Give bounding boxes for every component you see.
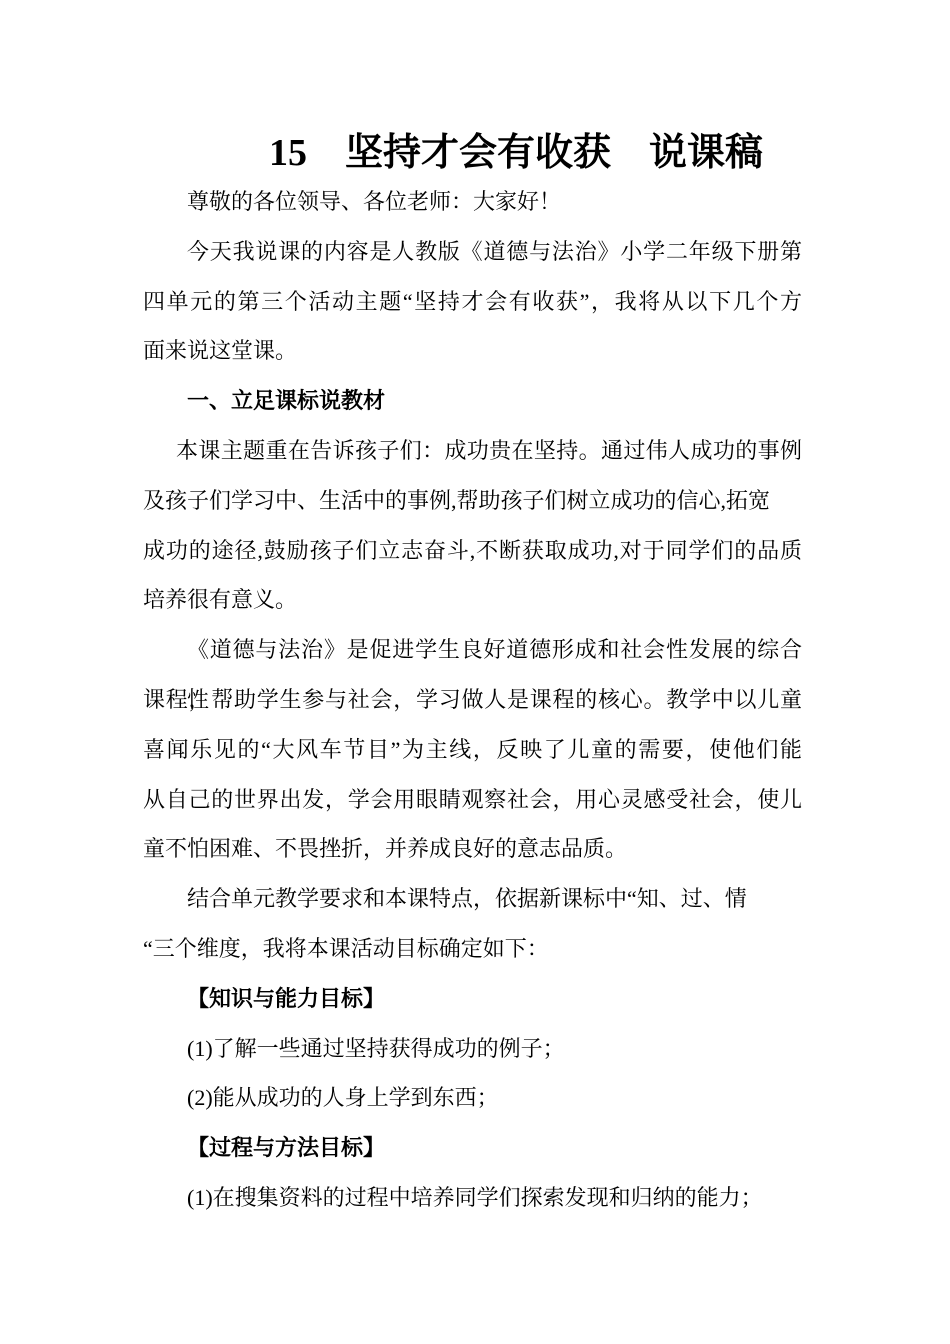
text-line: 培养很有意义。 [143, 575, 802, 625]
text-line: 四单元的第三个活动主题“坚持才会有收获”，我将从以下几个方 [143, 277, 802, 327]
text-line: 《道德与法治》是促进学生良好道德形成和社会性发展的综合性 [143, 625, 802, 675]
text-line: 成功的途径,鼓励孩子们立志奋斗,不断获取成功,对于同学们的品质 [143, 526, 802, 576]
document-page: 15 坚持才会有收获 说课稿 尊敬的各位领导、各位老师：大家好！ 今天我说课的内… [0, 0, 950, 1344]
text-line: 结合单元教学要求和本课特点，依据新课标中“知、过、情 [143, 874, 802, 924]
greeting-line: 尊敬的各位领导、各位老师：大家好！ [143, 177, 802, 227]
list-item: (1)在搜集资料的过程中培养同学们探索发现和归纳的能力； [143, 1173, 802, 1223]
document-content: 15 坚持才会有收获 说课稿 尊敬的各位领导、各位老师：大家好！ 今天我说课的内… [143, 130, 802, 1223]
text-line: 从自己的世界出发，学会用眼睛观察社会，用心灵感受社会，使儿 [143, 775, 802, 825]
document-title: 15 坚持才会有收获 说课稿 [143, 130, 802, 177]
text-line: 童不怕困难、不畏挫折，并养成良好的意志品质。 [143, 824, 802, 874]
text-line: 本课主题重在告诉孩子们：成功贵在坚持。通过伟人成功的事例 [143, 426, 802, 476]
text-line: 今天我说课的内容是人教版《道德与法治》小学二年级下册第 [143, 227, 802, 277]
subsection-heading: 【过程与方法目标】 [143, 1123, 802, 1173]
text-line: 喜闻乐见的“大风车节目”为主线，反映了儿童的需要，使他们能 [143, 725, 802, 775]
subsection-heading: 【知识与能力目标】 [143, 974, 802, 1024]
text-line: 课程，帮助学生参与社会，学习做人是课程的核心。教学中以儿童 [143, 675, 802, 725]
list-item: (2)能从成功的人身上学到东西； [143, 1073, 802, 1123]
text-line: 面来说这堂课。 [143, 326, 802, 376]
list-item: (1)了解一些通过坚持获得成功的例子； [143, 1024, 802, 1074]
text-line: “三个维度，我将本课活动目标确定如下： [143, 924, 802, 974]
section-heading: 一、立足课标说教材 [143, 376, 802, 426]
text-line: 及孩子们学习中、生活中的事例,帮助孩子们树立成功的信心,拓宽 [143, 476, 802, 526]
